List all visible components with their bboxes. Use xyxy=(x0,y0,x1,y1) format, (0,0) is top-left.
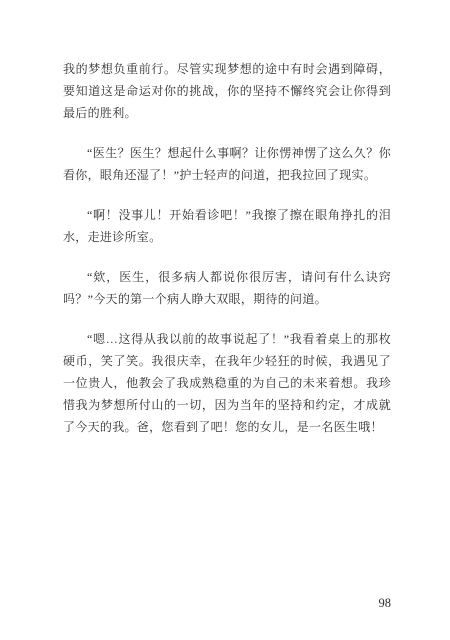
page-body-text: 我的梦想负重前行。尽管实现梦想的途中有时会遇到障碍，要知道这是命运对你的挑战，你… xyxy=(63,58,391,456)
paragraph: “欸，医生，很多病人都说你很厉害，请问有什么诀窍吗？”今天的第一个病人睁大双眼，… xyxy=(63,266,391,310)
document-page: 我的梦想负重前行。尽管实现梦想的途中有时会遇到障碍，要知道这是命运对你的挑战，你… xyxy=(0,0,450,640)
paragraph: “医生？医生？想起什么事啊？让你愣神愣了这么久？你看你，眼角还湿了！”护士轻声的… xyxy=(63,142,391,186)
page-number: 98 xyxy=(63,596,391,611)
paragraph: “啊！没事儿！开始看诊吧！”我擦了擦在眼角挣扎的泪水，走进诊所室。 xyxy=(63,204,391,248)
paragraph: “嗯…这得从我以前的故事说起了！”我看着桌上的那枚硬币，笑了笑。我很庆幸，在我年… xyxy=(63,328,391,438)
paragraph: 我的梦想负重前行。尽管实现梦想的途中有时会遇到障碍，要知道这是命运对你的挑战，你… xyxy=(63,58,391,124)
